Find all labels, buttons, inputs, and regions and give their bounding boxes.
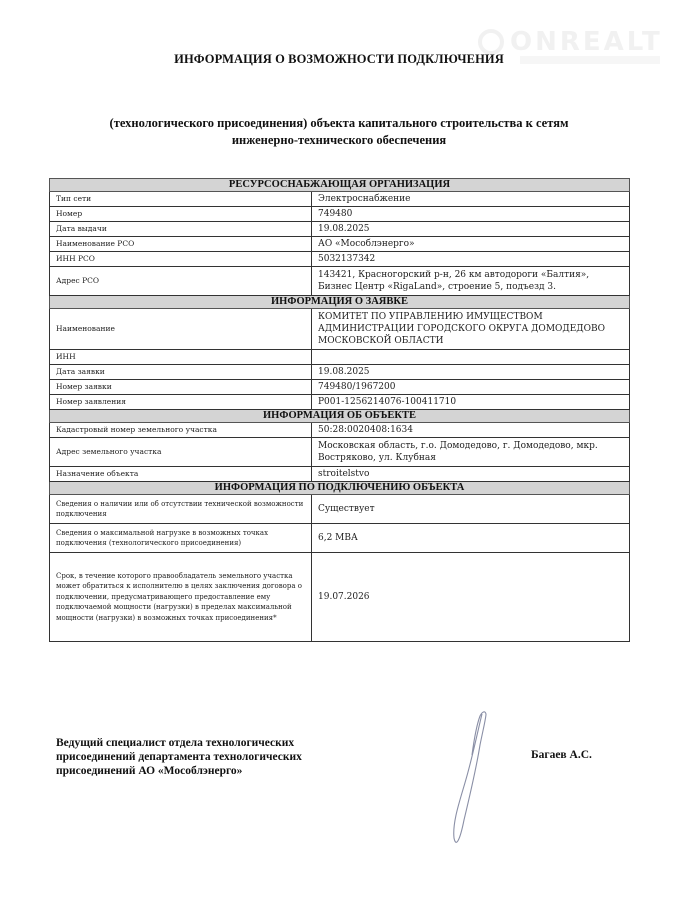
table-row: ИНН: [50, 350, 630, 365]
connection-info-table: РЕСУРСОСНАБЖАЮЩАЯ ОРГАНИЗАЦИЯ Тип сети Э…: [49, 178, 630, 642]
table-row: Номер заявления P001-1256214076-10041171…: [50, 395, 630, 410]
row-value: АО «Мособлэнерго»: [312, 237, 630, 252]
section-header-rso: РЕСУРСОСНАБЖАЮЩАЯ ОРГАНИЗАЦИЯ: [50, 179, 630, 192]
table-row: Адрес РСО 143421, Красногорский р-н, 26 …: [50, 267, 630, 296]
signatory-position: Ведущий специалист отдела технологически…: [56, 736, 376, 778]
row-label: Срок, в течение которого правообладатель…: [50, 553, 312, 642]
row-value: 143421, Красногорский р-н, 26 км автодор…: [312, 267, 630, 296]
row-value: 6,2 МВА: [312, 524, 630, 553]
table-row: ИНН РСО 5032137342: [50, 252, 630, 267]
position-line-2: присоединений департамента технологическ…: [56, 750, 376, 764]
row-label: Кадастровый номер земельного участка: [50, 423, 312, 438]
table-row: Срок, в течение которого правообладатель…: [50, 553, 630, 642]
row-label: ИНН: [50, 350, 312, 365]
position-line-1: Ведущий специалист отдела технологически…: [56, 736, 376, 750]
table-row: Адрес земельного участка Московская обла…: [50, 438, 630, 467]
row-value: Электроснабжение: [312, 192, 630, 207]
subtitle-line-1: (технологического присоединения) объекта…: [40, 115, 638, 132]
table-row: Наименование РСО АО «Мособлэнерго»: [50, 237, 630, 252]
row-value: Существует: [312, 495, 630, 524]
row-label: Номер заявления: [50, 395, 312, 410]
section-title: ИНФОРМАЦИЯ ОБ ОБЪЕКТЕ: [50, 410, 630, 423]
table-row: Сведения о наличии или об отсутствии тех…: [50, 495, 630, 524]
signer-name: Багаев А.С.: [531, 749, 592, 761]
row-value: P001-1256214076-100411710: [312, 395, 630, 410]
row-value: 749480: [312, 207, 630, 222]
section-title: РЕСУРСОСНАБЖАЮЩАЯ ОРГАНИЗАЦИЯ: [50, 179, 630, 192]
table-row: Дата выдачи 19.08.2025: [50, 222, 630, 237]
section-header-connection: ИНФОРМАЦИЯ ПО ПОДКЛЮЧЕНИЮ ОБЪЕКТА: [50, 482, 630, 495]
position-line-3: присоединений АО «Мособлэнерго»: [56, 764, 376, 778]
row-value: Московская область, г.о. Домодедово, г. …: [312, 438, 630, 467]
row-value: stroitelstvo: [312, 467, 630, 482]
table-row: Назначение объекта stroitelstvo: [50, 467, 630, 482]
section-title: ИНФОРМАЦИЯ ПО ПОДКЛЮЧЕНИЮ ОБЪЕКТА: [50, 482, 630, 495]
row-label: Дата заявки: [50, 365, 312, 380]
table-row: Дата заявки 19.08.2025: [50, 365, 630, 380]
row-label: Сведения о наличии или об отсутствии тех…: [50, 495, 312, 524]
table-row: Тип сети Электроснабжение: [50, 192, 630, 207]
row-value: 19.07.2026: [312, 553, 630, 642]
row-label: Адрес земельного участка: [50, 438, 312, 467]
row-label: Наименование РСО: [50, 237, 312, 252]
row-label: ИНН РСО: [50, 252, 312, 267]
row-value: [312, 350, 630, 365]
row-label: Номер заявки: [50, 380, 312, 395]
table-row: Кадастровый номер земельного участка 50:…: [50, 423, 630, 438]
section-title: ИНФОРМАЦИЯ О ЗАЯВКЕ: [50, 296, 630, 309]
row-value: 19.08.2025: [312, 365, 630, 380]
row-label: Сведения о максимальной нагрузке в возмо…: [50, 524, 312, 553]
row-value: 50:28:0020408:1634: [312, 423, 630, 438]
subtitle-line-2: инженерно-технического обеспечения: [40, 132, 638, 149]
row-label: Номер: [50, 207, 312, 222]
row-value: 5032137342: [312, 252, 630, 267]
row-label: Назначение объекта: [50, 467, 312, 482]
table-row: Сведения о максимальной нагрузке в возмо…: [50, 524, 630, 553]
row-value: КОМИТЕТ ПО УПРАВЛЕНИЮ ИМУЩЕСТВОМ АДМИНИС…: [312, 309, 630, 350]
table-row: Номер 749480: [50, 207, 630, 222]
section-header-application: ИНФОРМАЦИЯ О ЗАЯВКЕ: [50, 296, 630, 309]
table-row: Номер заявки 749480/1967200: [50, 380, 630, 395]
row-label: Наименование: [50, 309, 312, 350]
row-label: Тип сети: [50, 192, 312, 207]
table-row: Наименование КОМИТЕТ ПО УПРАВЛЕНИЮ ИМУЩЕ…: [50, 309, 630, 350]
row-label: Адрес РСО: [50, 267, 312, 296]
row-value: 19.08.2025: [312, 222, 630, 237]
row-label: Дата выдачи: [50, 222, 312, 237]
row-value: 749480/1967200: [312, 380, 630, 395]
document-title: ИНФОРМАЦИЯ О ВОЗМОЖНОСТИ ПОДКЛЮЧЕНИЯ: [0, 52, 678, 67]
section-header-object: ИНФОРМАЦИЯ ОБ ОБЪЕКТЕ: [50, 410, 630, 423]
document-subtitle: (технологического присоединения) объекта…: [40, 115, 638, 149]
handwritten-signature-icon: [430, 700, 510, 850]
